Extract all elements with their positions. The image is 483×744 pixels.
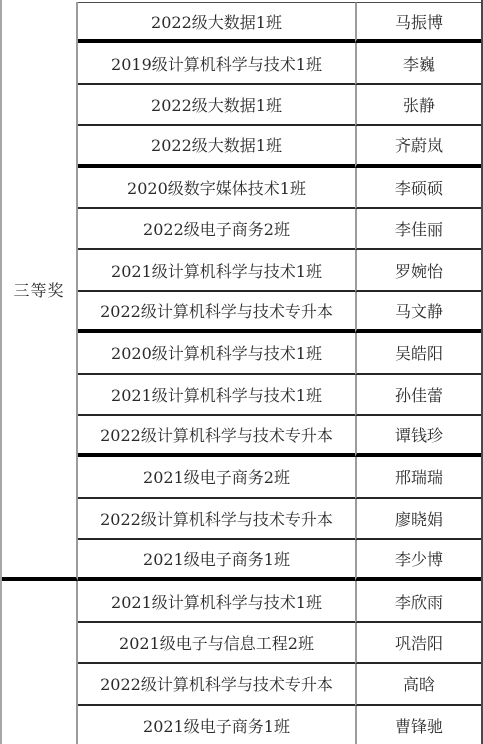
award-category-cell: 三等奖: [2, 2, 78, 581]
class-cell: 2021级计算机科学与技术1班: [78, 250, 355, 291]
student-name-cell: 李少博: [355, 540, 481, 581]
class-label: 2022级计算机科学与技术专升本: [100, 507, 333, 530]
student-name-label: 高晗: [403, 672, 435, 695]
class-cell: 2022级大数据1班: [78, 2, 355, 43]
class-cell: 2022级电子商务2班: [78, 209, 355, 250]
student-name-cell: 邢瑞瑞: [355, 457, 481, 498]
student-name-label: 马振博: [395, 10, 443, 33]
student-name-label: 马文静: [395, 299, 443, 322]
class-cell: 2022级计算机科学与技术专升本: [78, 499, 355, 540]
student-name-cell: 巩浩阳: [355, 623, 481, 664]
class-label: 2022级计算机科学与技术专升本: [100, 423, 333, 446]
class-label: 2021级电子商务1班: [143, 547, 290, 570]
class-label: 2021级电子商务2班: [143, 465, 290, 488]
student-name-cell: 李佳丽: [355, 209, 481, 250]
class-cell: 2022级大数据1班: [78, 126, 355, 167]
class-cell: 2021级电子商务1班: [78, 540, 355, 581]
class-label: 2021级计算机科学与技术1班: [111, 259, 322, 282]
class-label: 2022级大数据1班: [151, 133, 282, 156]
student-name-label: 廖晓娟: [395, 507, 443, 530]
award-category-label: 三等奖: [13, 278, 64, 301]
student-name-cell: 张静: [355, 85, 481, 126]
class-label: 2022级电子商务2班: [143, 217, 290, 240]
student-name-cell: 曹锋驰: [355, 706, 481, 744]
class-label: 2021级电子商务1班: [143, 714, 290, 737]
student-name-label: 谭钱珍: [395, 423, 443, 446]
awards-document-page: 三等奖 2022级大数据1班 马振博 2019级计算机科学与技术1班 李巍 20…: [0, 0, 483, 744]
class-label: 2021级电子与信息工程2班: [119, 631, 314, 654]
class-label: 2022级计算机科学与技术专升本: [100, 672, 333, 695]
class-label: 2022级大数据1班: [151, 10, 282, 33]
class-cell: 2022级计算机科学与技术专升本: [78, 664, 355, 705]
student-name-cell: 高晗: [355, 664, 481, 705]
student-name-cell: 李巍: [355, 43, 481, 84]
student-name-cell: 吴皓阳: [355, 333, 481, 374]
class-label: 2022级计算机科学与技术专升本: [100, 299, 333, 322]
class-label: 2021级计算机科学与技术1班: [111, 590, 322, 613]
student-name-cell: 马振博: [355, 2, 481, 43]
student-name-cell: 谭钱珍: [355, 416, 481, 457]
student-name-cell: 李硕硕: [355, 168, 481, 209]
student-name-cell: 罗婉怡: [355, 250, 481, 291]
student-name-label: 李硕硕: [395, 176, 443, 199]
student-name-label: 李少博: [395, 547, 443, 570]
student-name-label: 巩浩阳: [395, 631, 443, 654]
class-cell: 2020级数字媒体技术1班: [78, 168, 355, 209]
student-name-label: 孙佳蕾: [395, 383, 443, 406]
student-name-cell: 马文静: [355, 292, 481, 333]
class-cell: 2020级计算机科学与技术1班: [78, 333, 355, 374]
class-cell: 2021级计算机科学与技术1班: [78, 581, 355, 622]
student-name-label: 李佳丽: [395, 217, 443, 240]
class-cell: 2021级电子商务1班: [78, 706, 355, 744]
student-name-label: 曹锋驰: [395, 714, 443, 737]
class-cell: 2021级电子商务2班: [78, 457, 355, 498]
class-label: 2020级计算机科学与技术1班: [111, 341, 322, 364]
class-label: 2022级大数据1班: [151, 93, 282, 116]
class-cell: 2022级大数据1班: [78, 85, 355, 126]
student-name-label: 李欣雨: [395, 590, 443, 613]
class-cell: 2021级电子与信息工程2班: [78, 623, 355, 664]
student-name-cell: 齐蔚岚: [355, 126, 481, 167]
class-cell: 2021级计算机科学与技术1班: [78, 375, 355, 416]
student-name-cell: 廖晓娟: [355, 499, 481, 540]
student-name-label: 齐蔚岚: [395, 133, 443, 156]
student-name-label: 张静: [403, 93, 435, 116]
student-name-label: 罗婉怡: [395, 259, 443, 282]
class-label: 2021级计算机科学与技术1班: [111, 383, 322, 406]
class-cell: 2019级计算机科学与技术1班: [78, 43, 355, 84]
class-cell: 2022级计算机科学与技术专升本: [78, 292, 355, 333]
award-category-cell: [2, 581, 78, 744]
student-name-label: 吴皓阳: [395, 341, 443, 364]
student-name-cell: 孙佳蕾: [355, 375, 481, 416]
awards-table: 三等奖 2022级大数据1班 马振博 2019级计算机科学与技术1班 李巍 20…: [2, 2, 481, 744]
student-name-label: 邢瑞瑞: [395, 465, 443, 488]
class-cell: 2022级计算机科学与技术专升本: [78, 416, 355, 457]
class-label: 2019级计算机科学与技术1班: [111, 52, 322, 75]
student-name-label: 李巍: [403, 52, 435, 75]
student-name-cell: 李欣雨: [355, 581, 481, 622]
class-label: 2020级数字媒体技术1班: [127, 176, 306, 199]
